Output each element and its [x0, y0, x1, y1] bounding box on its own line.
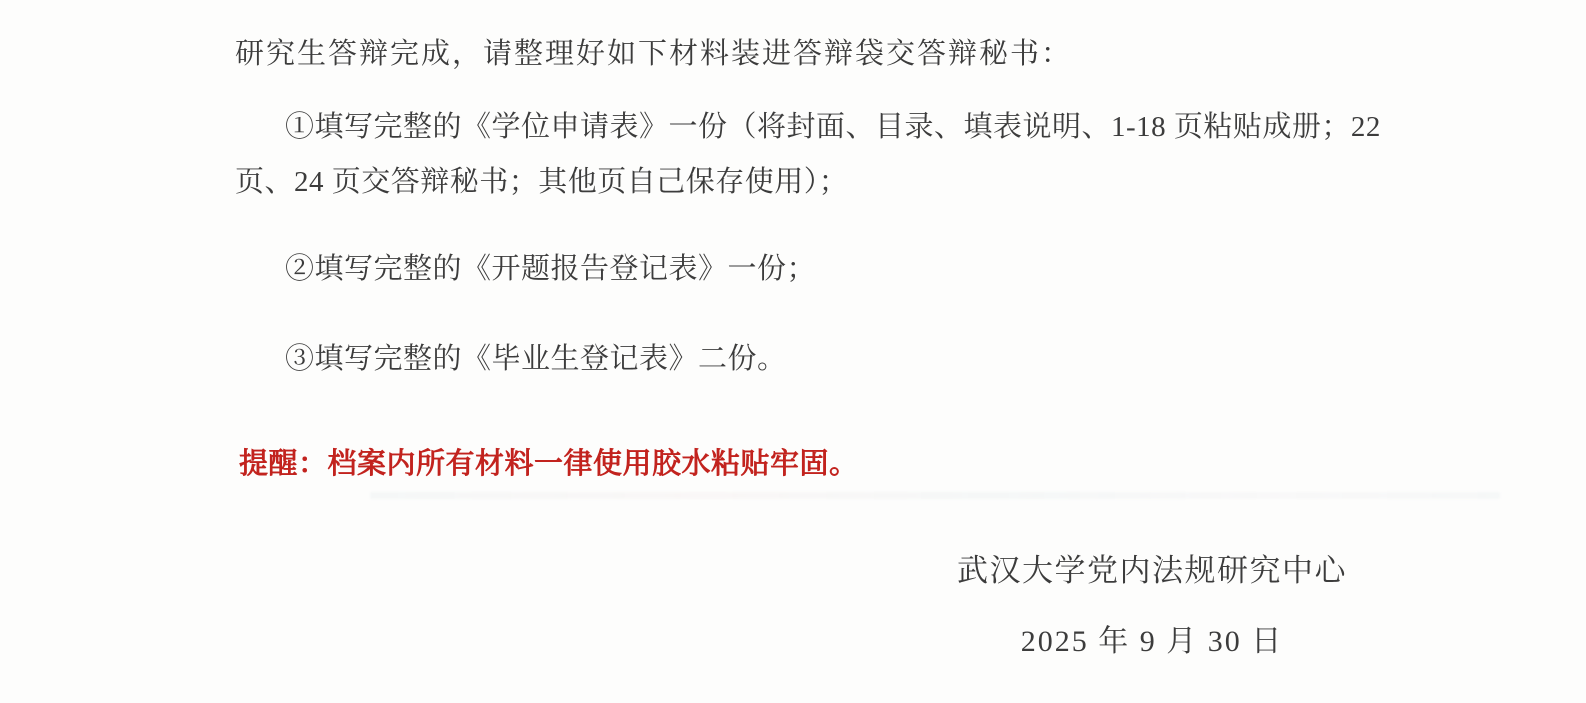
list-item-1-line-1: ①填写完整的《学位申请表》一份（将封面、目录、填表说明、1-18 页粘贴成册；2…: [235, 100, 1361, 155]
list-item-3: ③填写完整的《毕业生登记表》二份。: [285, 332, 787, 387]
scan-bleed-artifact: [370, 492, 1500, 499]
list-item-1-line-2: 页、24 页交答辩秘书；其他页自己保存使用）；: [235, 155, 1361, 210]
list-item-1: ①填写完整的《学位申请表》一份（将封面、目录、填表说明、1-18 页粘贴成册；2…: [235, 100, 1361, 210]
date-line: 2025 年 9 月 30 日: [957, 616, 1347, 660]
list-item-2: ②填写完整的《开题报告登记表》一份；: [285, 242, 816, 297]
organization-name: 武汉大学党内法规研究中心: [957, 545, 1347, 590]
document-page: 研究生答辩完成，请整理好如下材料装进答辩袋交答辩秘书： ①填写完整的《学位申请表…: [0, 0, 1586, 703]
reminder-text: 提醒：档案内所有材料一律使用胶水粘贴牢固。: [239, 441, 859, 482]
signature-block: 武汉大学党内法规研究中心 2025 年 9 月 30 日: [957, 545, 1347, 660]
intro-paragraph: 研究生答辩完成，请整理好如下材料装进答辩袋交答辩秘书：: [235, 31, 1072, 72]
